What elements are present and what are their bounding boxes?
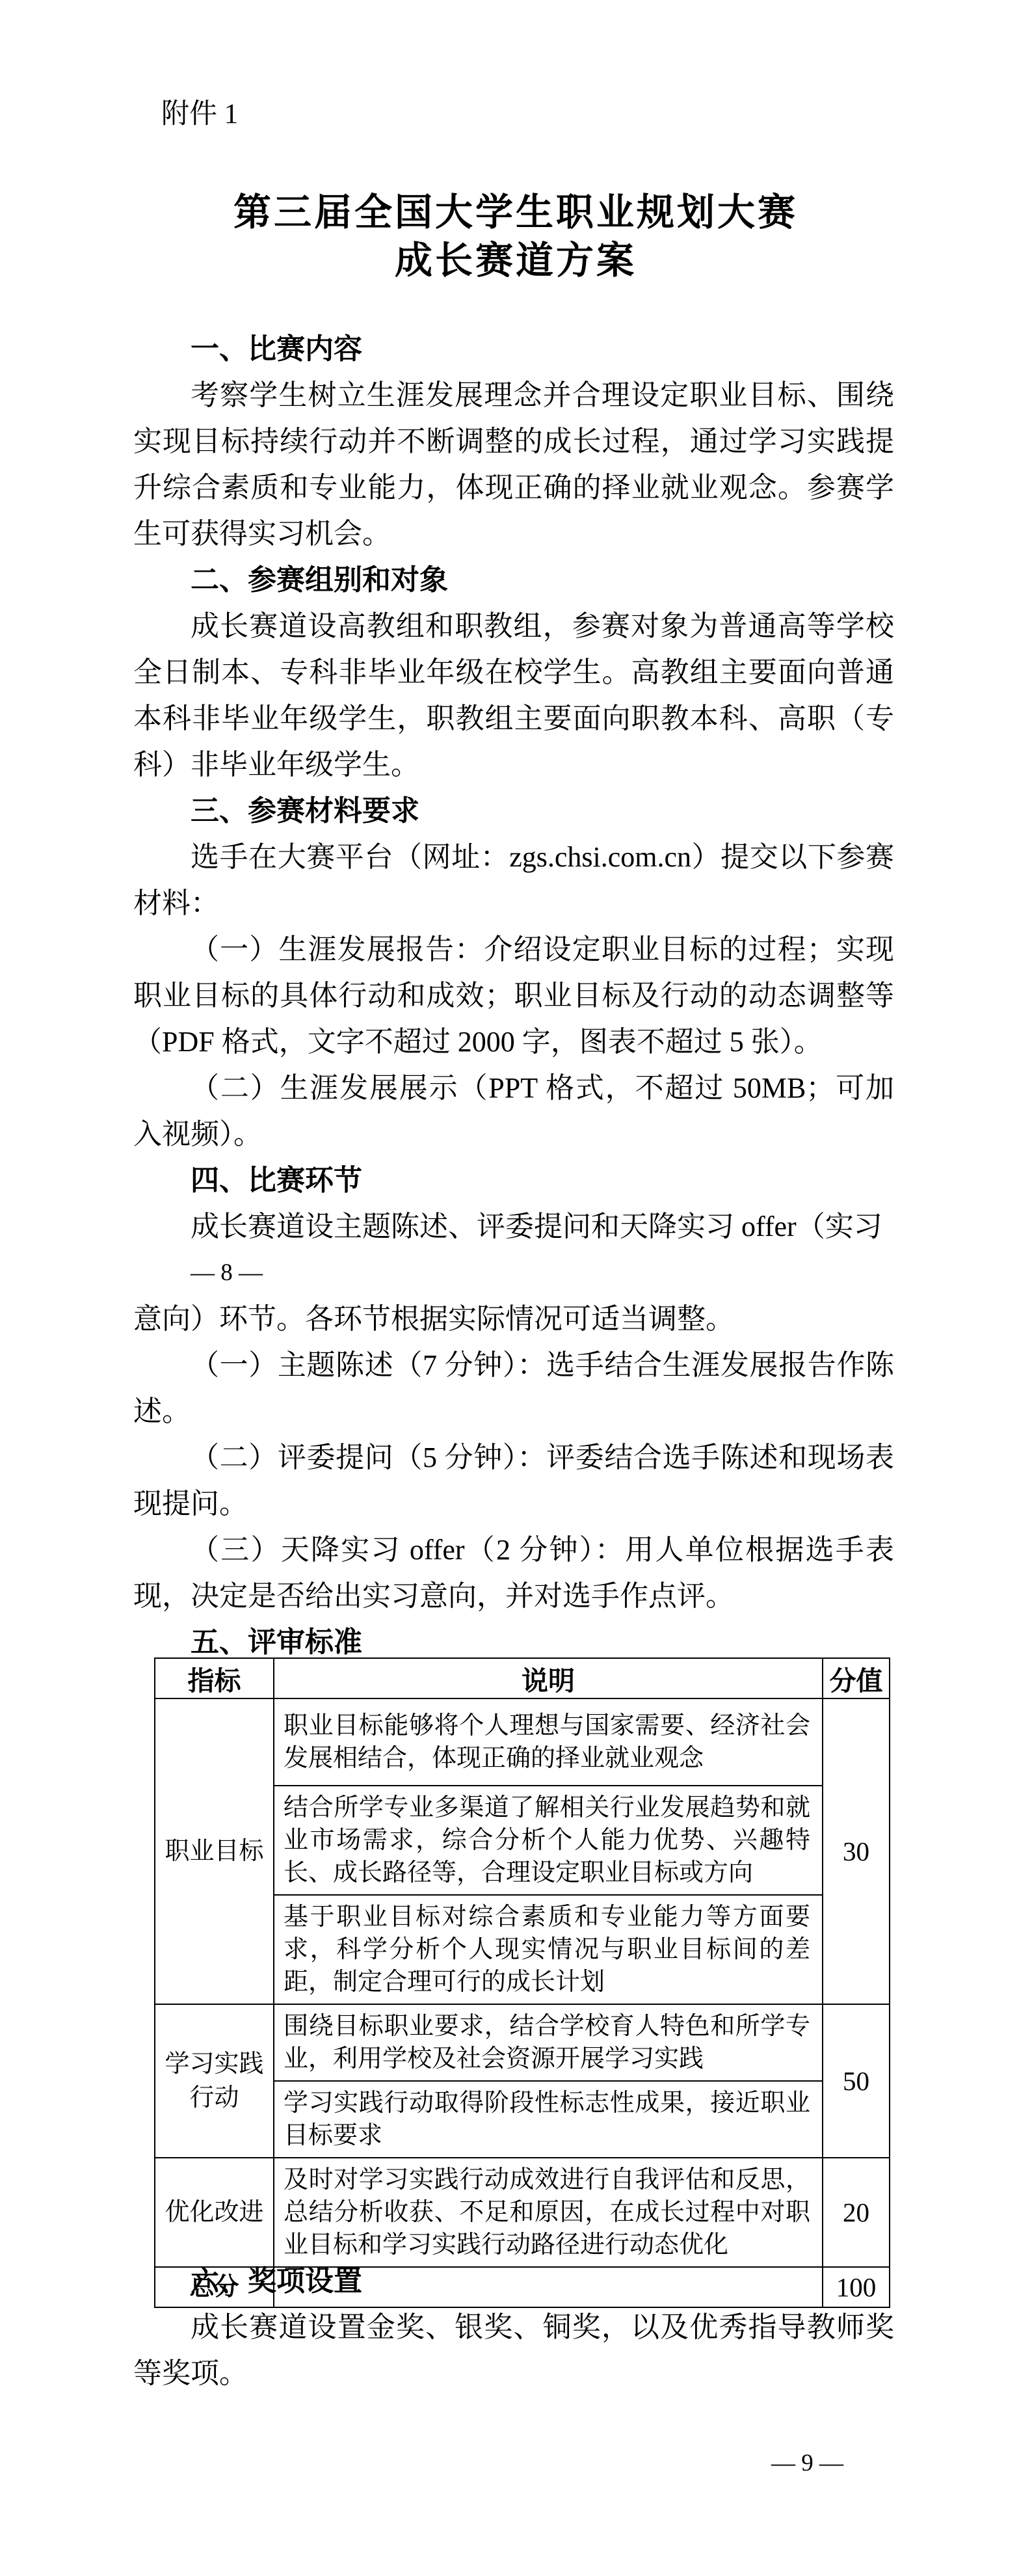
description-cell: 及时对学习实践行动成效进行自我评估和反思，总结分析收获、不足和原因，在成长过程中… xyxy=(274,2158,823,2267)
attachment-label: 附件 1 xyxy=(161,100,238,129)
table-row: 优化改进 及时对学习实践行动成效进行自我评估和反思，总结分析收获、不足和原因，在… xyxy=(155,2158,890,2267)
section-3-paragraph-1: 选手在大赛平台（网址：zgs.chsi.com.cn）提交以下参赛材料： xyxy=(133,834,894,926)
indicator-learning-practice: 学习实践行动 xyxy=(155,2004,274,2158)
description-cell: 学习实践行动取得阶段性标志性成果，接近职业目标要求 xyxy=(274,2081,823,2158)
indicator-optimization: 优化改进 xyxy=(155,2158,274,2267)
section-2-paragraph: 成长赛道设高教组和职教组，参赛对象为普通高等学校全日制本、专科非毕业年级在校学生… xyxy=(133,603,894,788)
section-4-paragraph-2: （一）主题陈述（7 分钟）：选手结合生涯发展报告作陈述。 xyxy=(133,1342,894,1434)
description-cell: 职业目标能够将个人理想与国家需要、经济社会发展相结合，体现正确的择业就业观念 xyxy=(274,1698,823,1786)
section-heading-3: 三、参赛材料要求 xyxy=(133,788,894,834)
section-4-paragraph-1-part2: 意向）环节。各环节根据实际情况可适当调整。 xyxy=(133,1296,894,1342)
indicator-career-goal: 职业目标 xyxy=(155,1698,274,2004)
page-number-8: — 8 — xyxy=(133,1250,894,1296)
section-heading-4: 四、比赛环节 xyxy=(133,1157,894,1203)
table-header-row: 指标 说明 分值 xyxy=(155,1658,890,1698)
doc-title-line1: 第三届全国大学生职业规划大赛 xyxy=(124,181,907,236)
document-body: 一、比赛内容 考察学生树立生涯发展理念并合理设定职业目标、围绕实现目标持续行动并… xyxy=(133,326,894,1665)
section-6-paragraph: 成长赛道设置金奖、银奖、铜奖，以及优秀指导教师奖等奖项。 xyxy=(133,2304,894,2396)
score-career-goal: 30 xyxy=(823,1698,890,2004)
section-heading-1: 一、比赛内容 xyxy=(133,326,894,372)
doc-title-line2: 成长赛道方案 xyxy=(124,230,907,284)
table-header-indicator: 指标 xyxy=(155,1658,274,1698)
section-4-paragraph-4: （三）天降实习 offer（2 分钟）：用人单位根据选手表现，决定是否给出实习意… xyxy=(133,1527,894,1619)
table-row: 学习实践行动 围绕目标职业要求，结合学校育人特色和所学专业，利用学校及社会资源开… xyxy=(155,2004,890,2081)
section-1-paragraph: 考察学生树立生涯发展理念并合理设定职业目标、围绕实现目标持续行动并不断调整的成长… xyxy=(133,372,894,557)
section-3-paragraph-2: （一）生涯发展报告：介绍设定职业目标的过程；实现职业目标的具体行动和成效；职业目… xyxy=(133,926,894,1065)
table-header-description: 说明 xyxy=(274,1658,823,1698)
section-4-paragraph-3: （二）评委提问（5 分钟）：评委结合选手陈述和现场表现提问。 xyxy=(133,1434,894,1527)
section-3-paragraph-3: （二）生涯发展展示（PPT 格式，不超过 50MB；可加入视频）。 xyxy=(133,1065,894,1157)
section-4-paragraph-1-part1: 成长赛道设主题陈述、评委提问和天降实习 offer（实习 xyxy=(133,1203,894,1250)
section-heading-6: 六、奖项设置 xyxy=(133,2258,894,2304)
table-row: 职业目标 职业目标能够将个人理想与国家需要、经济社会发展相结合，体现正确的择业就… xyxy=(155,1698,890,1786)
description-cell: 基于职业目标对综合素质和专业能力等方面要求，科学分析个人现实情况与职业目标间的差… xyxy=(274,1895,823,2004)
description-cell: 结合所学专业多渠道了解相关行业发展趋势和就业市场需求，综合分析个人能力优势、兴趣… xyxy=(274,1786,823,1895)
review-criteria-table: 指标 说明 分值 职业目标 职业目标能够将个人理想与国家需要、经济社会发展相结合… xyxy=(154,1657,890,2308)
description-cell: 围绕目标职业要求，结合学校育人特色和所学专业，利用学校及社会资源开展学习实践 xyxy=(274,2004,823,2081)
score-optimization: 20 xyxy=(823,2158,890,2267)
page-number-9: — 9 — xyxy=(771,2449,843,2478)
document-tail: 六、奖项设置 成长赛道设置金奖、银奖、铜奖，以及优秀指导教师奖等奖项。 xyxy=(133,2258,894,2396)
document-page: { "doc": { "attachment_label": "附件 1", "… xyxy=(0,0,1032,2576)
score-learning-practice: 50 xyxy=(823,2004,890,2158)
section-heading-2: 二、参赛组别和对象 xyxy=(133,557,894,603)
table-header-score: 分值 xyxy=(823,1658,890,1698)
